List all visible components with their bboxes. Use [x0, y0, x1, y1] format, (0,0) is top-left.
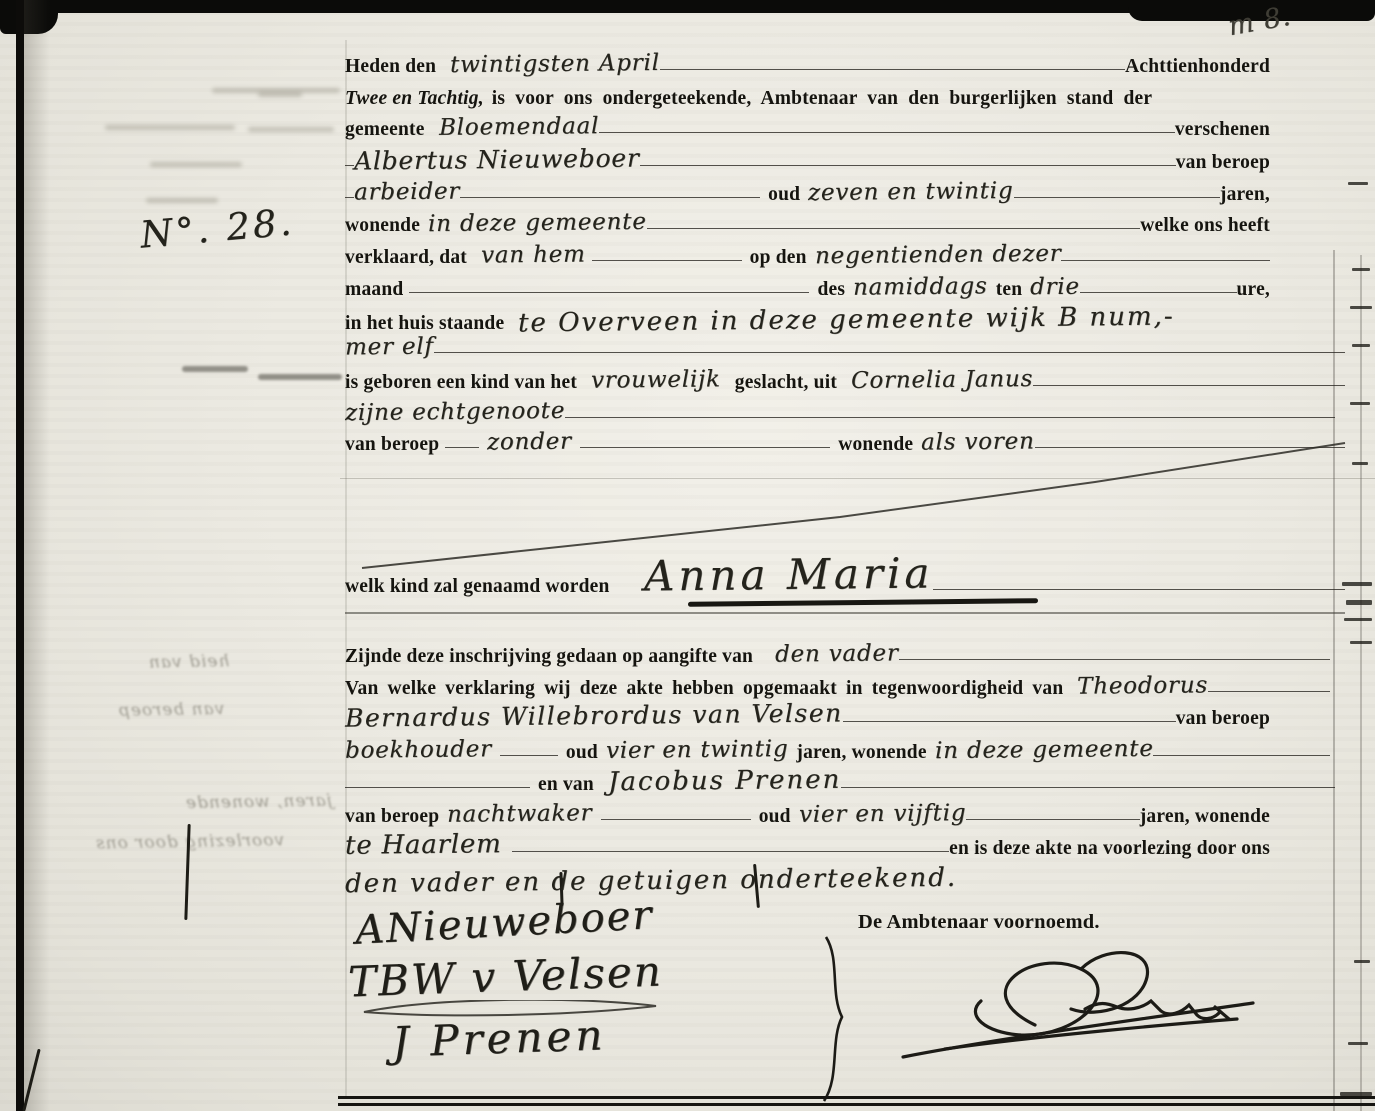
form-line-child-name: welk kind zal genaamd worden Anna Maria [345, 548, 1345, 596]
gutter-shadow [24, 0, 50, 1111]
blank-rule [345, 197, 354, 198]
form-line-child-gender: is geboren een kind van het vrouwelijk g… [345, 358, 1345, 392]
form-line-declaration: verklaard, dat van hem op den negentiend… [345, 233, 1270, 267]
section-rule [345, 612, 1345, 614]
page-edge-stub [1348, 182, 1368, 185]
blank-rule [565, 417, 1335, 418]
page-edge-stub [1350, 402, 1370, 405]
form-line-aangifte: Zijnde deze inschrijving gedaan op aangi… [345, 632, 1330, 666]
father-signature: ANieuweboer [354, 892, 655, 954]
form-line-occupation-age: arbeider oud zeven en twintig jaren, [345, 170, 1270, 204]
blank-rule [841, 787, 1335, 788]
handwritten-entry: te Haarlem [345, 831, 502, 859]
page-edge-stub [1348, 1042, 1368, 1045]
blank-rule [592, 260, 742, 261]
page-edge-stub [1342, 582, 1372, 586]
ink-smudge [182, 366, 248, 372]
blank-rule [345, 165, 354, 166]
adjacent-page-edge [1360, 255, 1362, 1111]
form-line-witness2-details: van beroep nachtwaker oud vier en vijfti… [345, 792, 1270, 826]
ink-smudge [258, 374, 342, 380]
bottom-rule-2 [338, 1103, 1375, 1106]
curly-brace [818, 935, 848, 1103]
page-edge-stub [1352, 268, 1370, 271]
form-line-verklaring: Van welke verklaring wij deze akte hebbe… [345, 664, 1330, 698]
birth-certificate-scan: heid van van beroep jaren, wonende voorl… [0, 0, 1375, 1111]
form-line-time: maand des namiddags ten drie ure, [345, 265, 1270, 299]
page-edge-stub [1346, 600, 1372, 605]
page-edge-stub [1352, 344, 1370, 347]
official-signature [885, 945, 1275, 1075]
bleedthrough-text: heid van [148, 651, 230, 672]
blank-rule [512, 851, 950, 852]
blank-rule [647, 228, 1140, 229]
page-edge-stub [1350, 306, 1372, 309]
handwritten-entry: van hem [481, 243, 586, 267]
handwritten-entry: Bernardus Willebrordus van Velsen [345, 700, 843, 730]
bleedthrough-smear [105, 125, 235, 130]
blank-rule [599, 132, 1175, 133]
blank-rule [1014, 197, 1220, 198]
blank-rule [660, 69, 1125, 70]
blank-rule [843, 721, 1176, 722]
printed-label: van beroep [1176, 709, 1270, 729]
form-line-witness2-name: en van Jacobus Prenen [345, 760, 1335, 794]
blank-rule [1061, 260, 1270, 261]
printed-label: gemeente [345, 120, 425, 140]
child-name: Anna Maria [643, 552, 933, 597]
form-line-declarant: Albertus Nieuweboer van beroep [345, 138, 1270, 172]
printed-label: welk kind zal genaamd worden [345, 577, 610, 597]
official-title: De Ambtenaar voornoemd. [858, 912, 1100, 933]
blank-rule [1080, 292, 1236, 293]
act-number: N°. 28. [139, 203, 296, 253]
handwritten-entry: Jacobus Prenen [608, 767, 842, 795]
blank-rule [1208, 691, 1330, 692]
bleedthrough-text: jaren, wonende [185, 791, 332, 814]
bleedthrough-text: van beroep [118, 699, 225, 721]
form-line-residence: wonende in deze gemeente welke ons heeft [345, 201, 1270, 235]
form-line-witness1-name: Bernardus Willebrordus van Velsen van be… [345, 694, 1270, 728]
book-gutter-line [16, 0, 24, 1111]
blank-rule [460, 197, 760, 198]
bleedthrough-smear [150, 162, 242, 167]
form-line-date: Heden den twintigsten April Achttienhond… [345, 42, 1270, 76]
blank-rule [1033, 385, 1345, 386]
witness2-signature: J Prenen [391, 1010, 607, 1066]
handwritten-entry: Bloemendaal [438, 115, 598, 140]
blank-rule [966, 819, 1140, 820]
blank-rule [500, 755, 558, 756]
bottom-rule-1 [338, 1096, 1375, 1099]
form-line-gemeente: gemeente Bloemendaal verschenen [345, 105, 1270, 139]
page-edge-stub [1344, 618, 1372, 621]
page-edge-stub [1354, 960, 1370, 963]
blank-rule [933, 589, 1345, 590]
form-line-year: Twee en Tachtig, is voor ons ondergeteek… [345, 74, 1152, 108]
page-edge-stub [1350, 641, 1372, 644]
blank-rule [434, 352, 1345, 353]
form-line-ondertekend: den vader en de getuigen onderteekend. [345, 856, 1345, 894]
blank-rule [899, 659, 1330, 660]
form-line-house-2: mer elf [345, 325, 1345, 359]
printed-label: verschenen [1175, 120, 1270, 140]
blank-rule [1153, 755, 1330, 756]
blank-rule [345, 787, 530, 788]
handwritten-entry: den vader [775, 642, 899, 666]
blank-rule [601, 819, 751, 820]
form-line-mother-relation: zijne echtgenoote [345, 390, 1335, 424]
witness1-signature: TBW v Velsen [347, 947, 663, 1007]
form-line-voorlezing: te Haarlem en is deze akte na voorlezing… [345, 824, 1270, 858]
form-line-witness1-details: boekhouder oud vier en twintig jaren, wo… [345, 728, 1330, 762]
handwritten-entry: mer elf [345, 336, 434, 360]
blank-rule [409, 292, 809, 293]
blank-rule [640, 165, 1176, 166]
bleedthrough-smear [248, 127, 334, 132]
bleedthrough-smear [258, 92, 302, 97]
bleedthrough-smear [146, 198, 218, 203]
